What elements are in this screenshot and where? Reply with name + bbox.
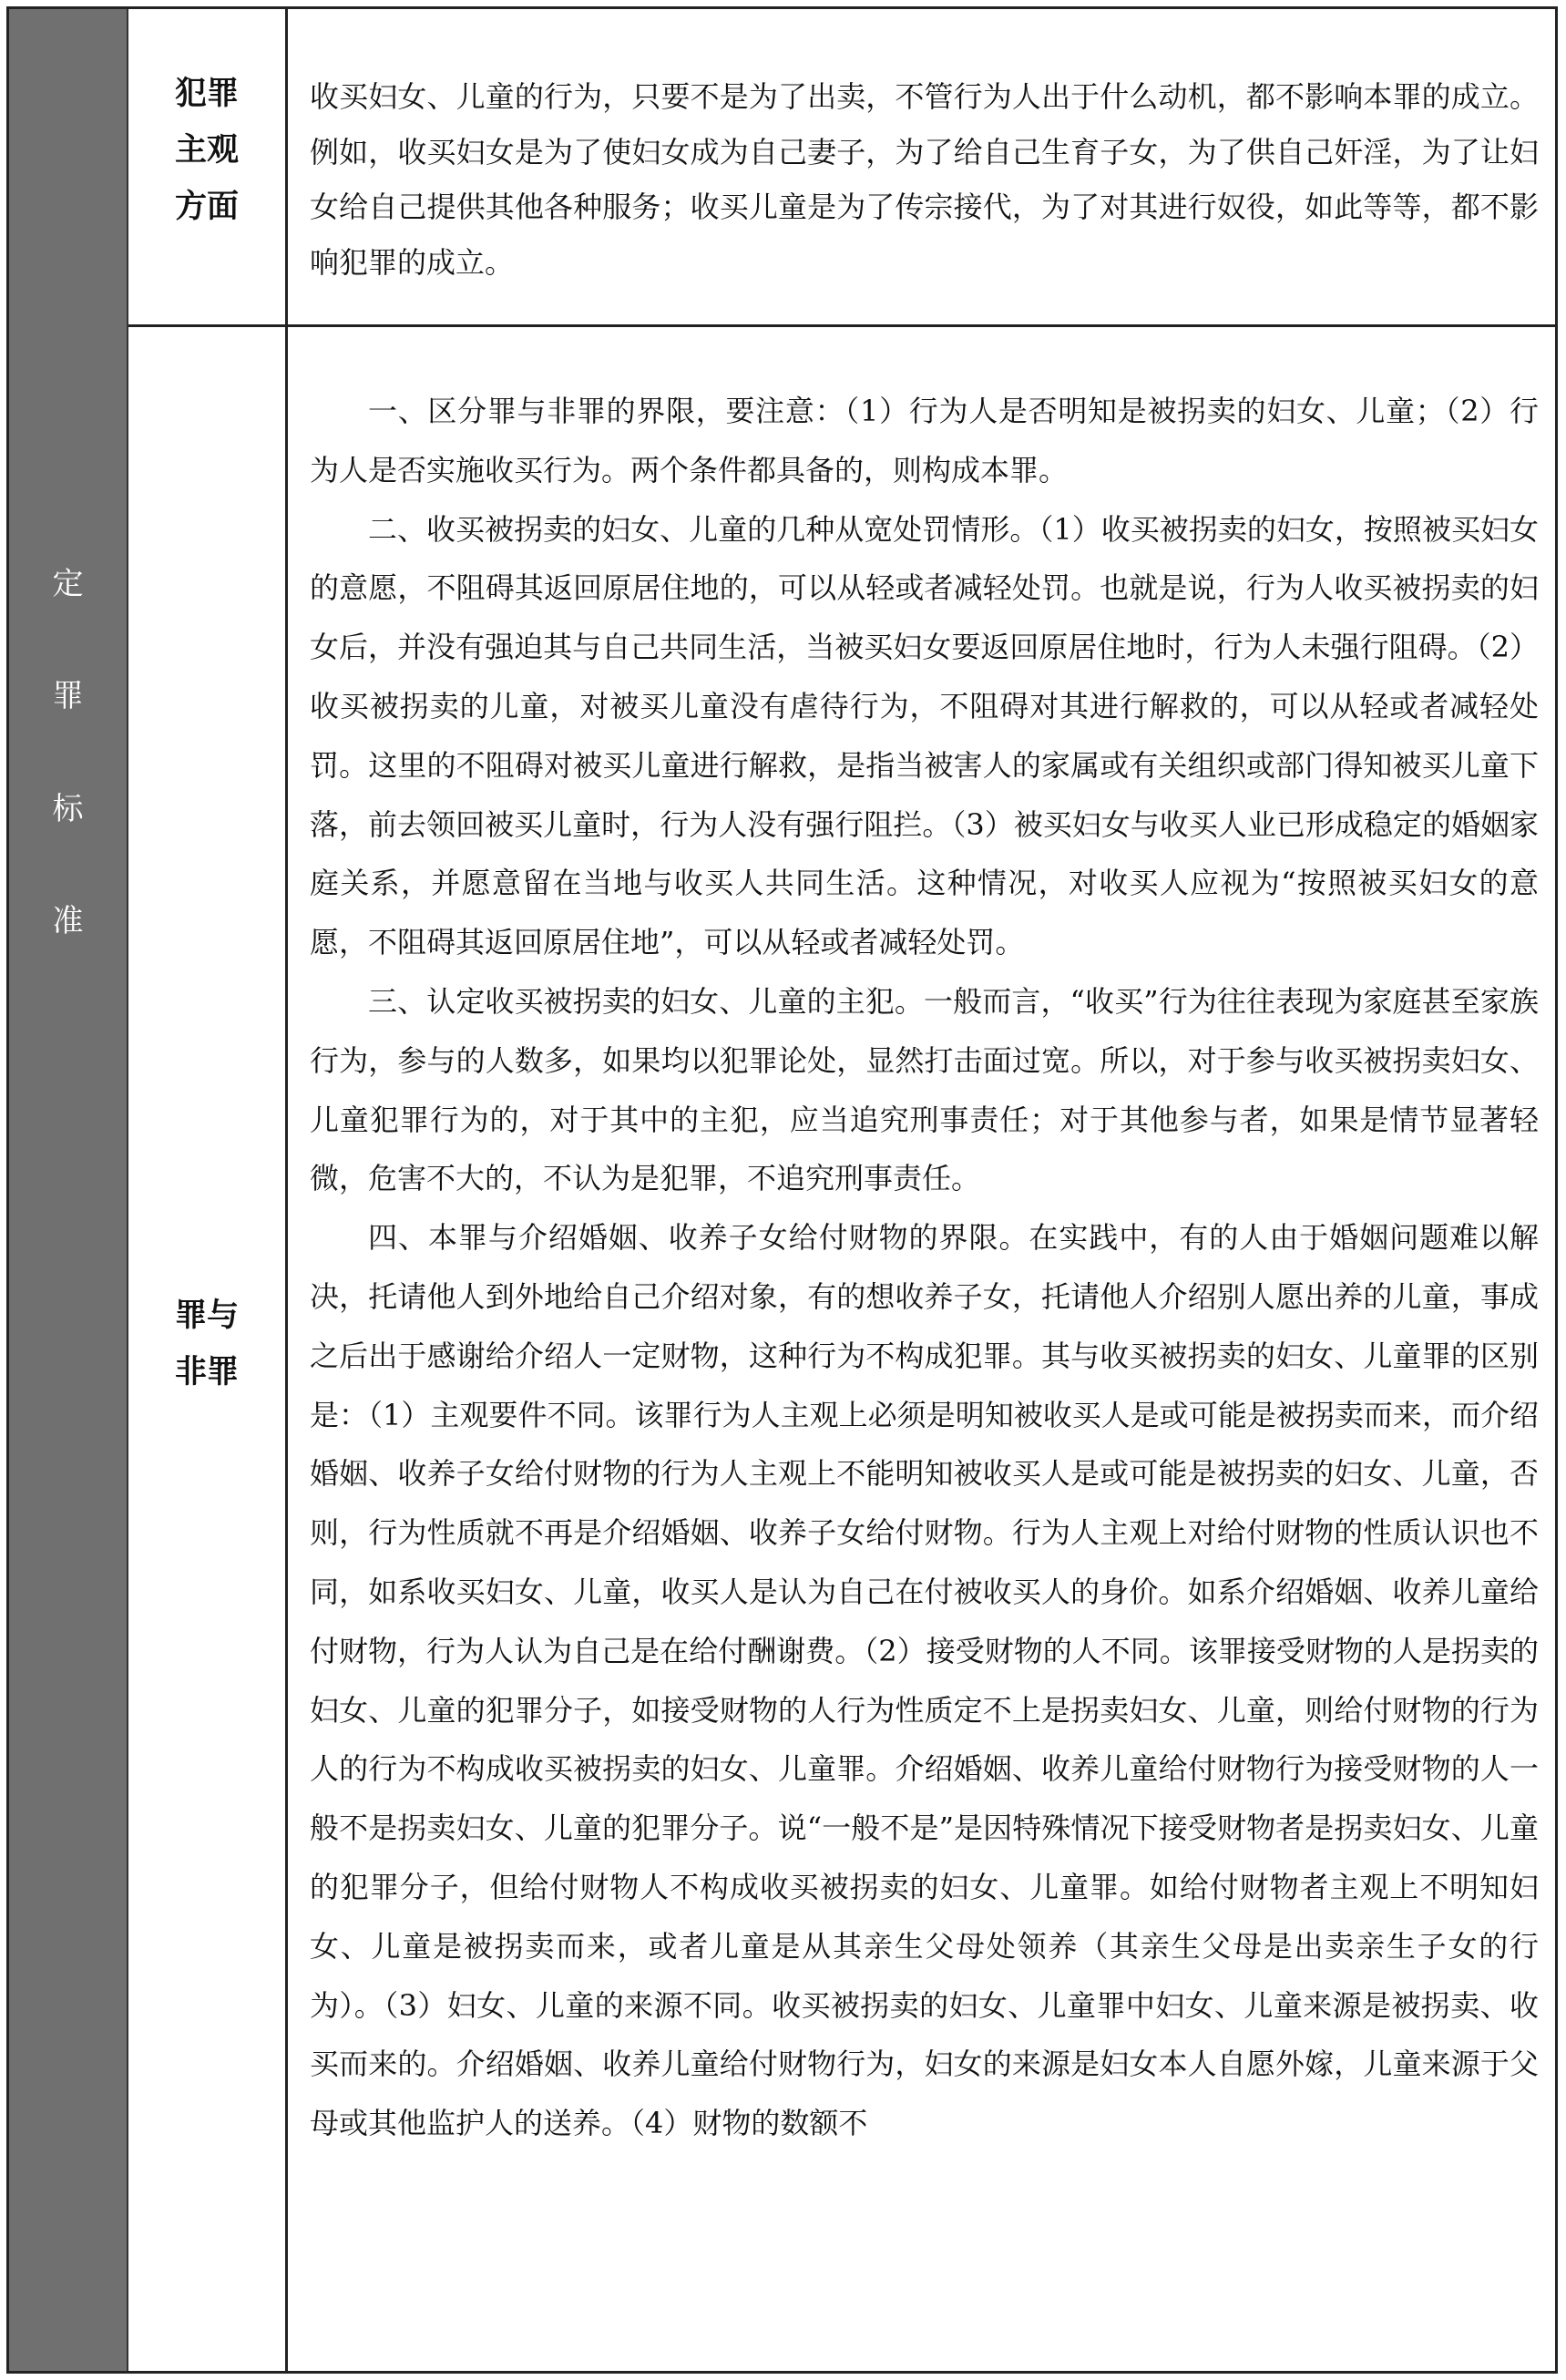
content-paragraph: 四、本罪与介绍婚姻、收养子女给付财物的界限。在实践中，有的人由于婚姻问题难以解决… (310, 1208, 1539, 2153)
content-paragraph: 三、认定收买被拐卖的妇女、儿童的主犯。一般而言，“收买”行为往往表现为家庭甚至家… (310, 972, 1539, 1208)
row-content-cell: 一、区分罪与非罪的界限，要注意：（1）行为人是否明知是被拐卖的妇女、儿童；（2）… (288, 327, 1555, 2371)
row-label-cell: 罪与 非罪 (128, 327, 288, 2371)
table-row-subjective-aspect: 犯罪 主观 方面 收买妇女、儿童的行为，只要不是为了出卖，不管行为人出于什么动机… (128, 9, 1555, 327)
row-label: 犯罪 主观 方面 (128, 66, 285, 235)
row-label-line: 罪与 (128, 1287, 285, 1344)
row-label-line: 方面 (128, 179, 285, 235)
content-paragraph: 一、区分罪与非罪的界限，要注意：（1）行为人是否明知是被拐卖的妇女、儿童；（2）… (310, 382, 1539, 500)
sidebar-char: 准 (9, 896, 127, 940)
sidebar-category: 定 罪 标 准 (9, 9, 128, 2371)
crime-standard-table: 定 罪 标 准 犯罪 主观 方面 收买妇女、儿童的行为，只要不是为了出卖，不管行… (6, 6, 1558, 2374)
sidebar-char: 标 (9, 784, 127, 828)
row-label-line: 犯罪 (128, 66, 285, 122)
content-paragraph: 二、收买被拐卖的妇女、儿童的几种从宽处罚情形。（1）收买被拐卖的妇女，按照被买妇… (310, 500, 1539, 972)
row-label-line: 主观 (128, 122, 285, 179)
row-label-cell: 犯罪 主观 方面 (128, 9, 288, 324)
row-label-line: 非罪 (128, 1344, 285, 1400)
table-row-crime-vs-noncrime: 罪与 非罪 一、区分罪与非罪的界限，要注意：（1）行为人是否明知是被拐卖的妇女、… (128, 327, 1555, 2371)
content-paragraph: 收买妇女、儿童的行为，只要不是为了出卖，不管行为人出于什么动机，都不影响本罪的成… (310, 69, 1539, 290)
sidebar-char: 定 (9, 559, 127, 603)
sidebar-char: 罪 (9, 671, 127, 715)
row-label: 罪与 非罪 (128, 1287, 285, 1400)
row-content-cell: 收买妇女、儿童的行为，只要不是为了出卖，不管行为人出于什么动机，都不影响本罪的成… (288, 9, 1555, 324)
